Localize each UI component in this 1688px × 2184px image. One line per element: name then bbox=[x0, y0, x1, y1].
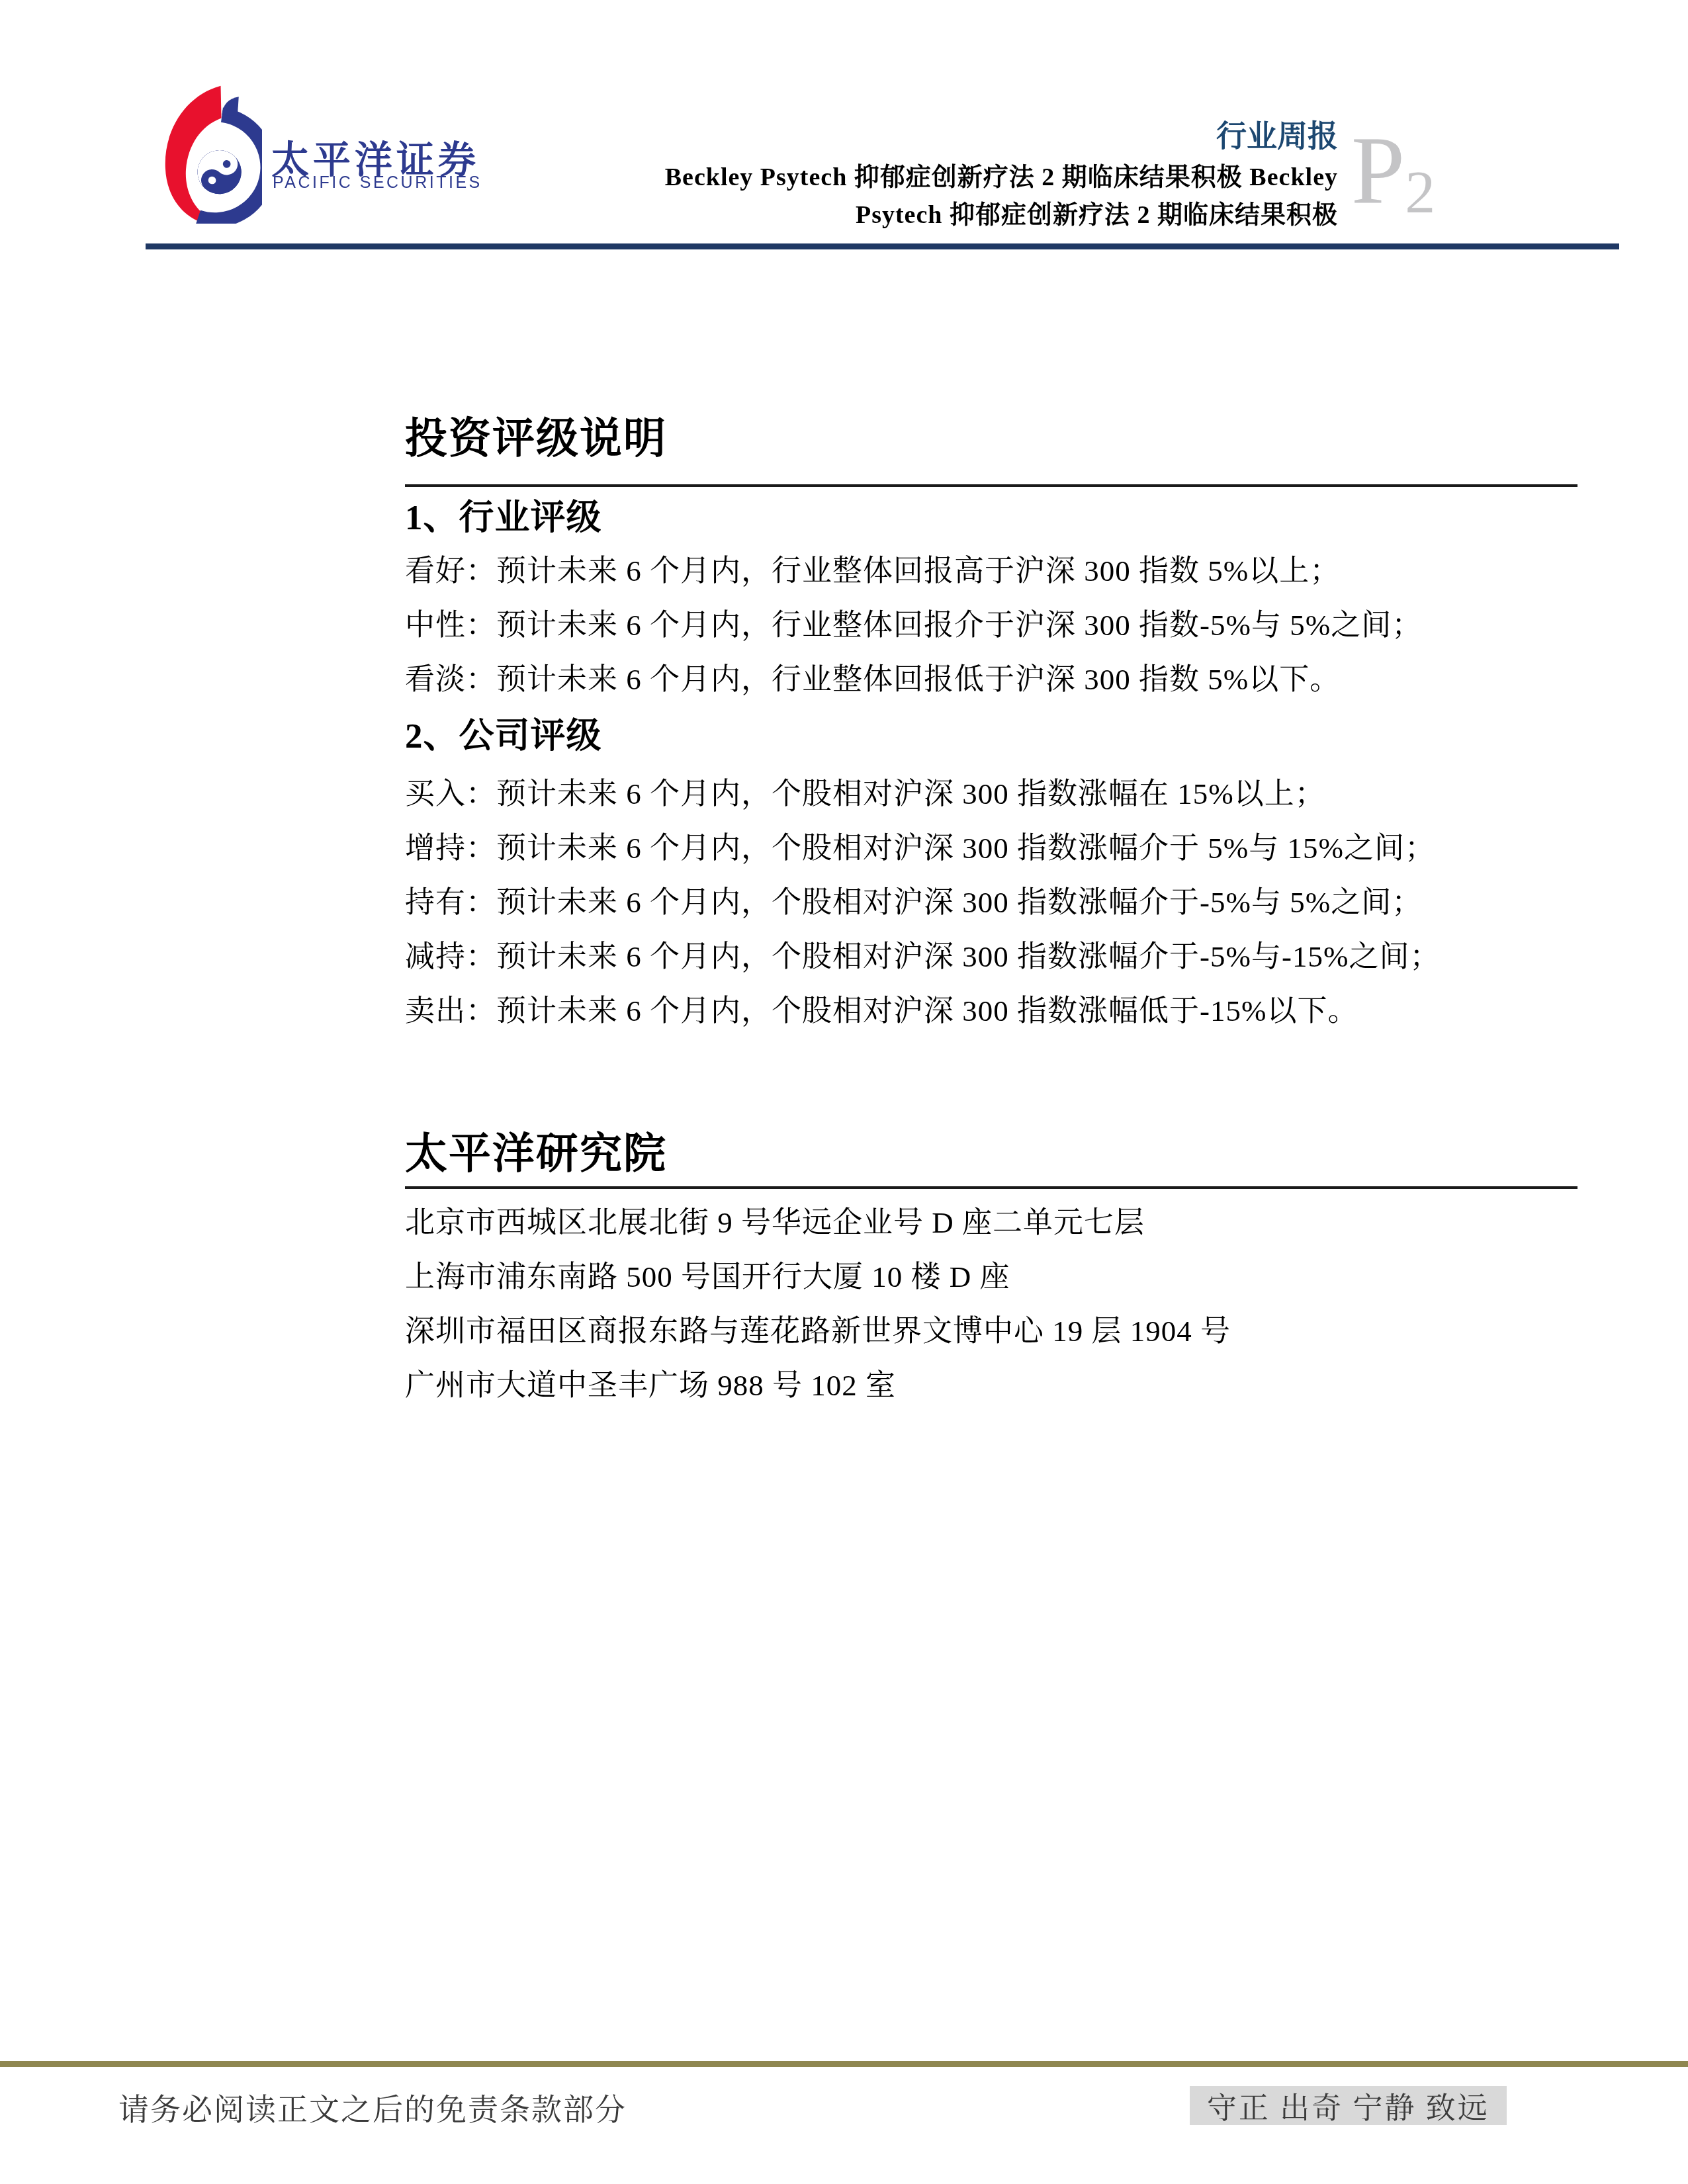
rating-heading-rule bbox=[405, 484, 1577, 487]
industry-rating-line: 看淡：预计未来 6 个月内，行业整体回报低于沪深 300 指数 5%以下。 bbox=[405, 652, 1579, 707]
footer-divider bbox=[0, 2061, 1688, 2067]
company-rating-line: 买入：预计未来 6 个月内，个股相对沪深 300 指数涨幅在 15%以上； bbox=[405, 767, 1579, 821]
footer-motto: 守正 出奇 宁静 致远 bbox=[1190, 2086, 1507, 2125]
address-line: 上海市浦东南路 500 号国开行大厦 10 楼 D 座 bbox=[405, 1250, 1579, 1304]
brand-name-en: PACIFIC SECURITIES bbox=[273, 173, 482, 193]
address-line: 广州市大道中圣丰广场 988 号 102 室 bbox=[405, 1358, 1579, 1413]
pacific-securities-logo-icon bbox=[157, 82, 262, 224]
header-title-block: 行业周报 Beckley Psytech 抑郁症创新疗法 2 期临床结果积极 B… bbox=[665, 119, 1338, 234]
institute-address-list: 北京市西城区北展北街 9 号华远企业号 D 座二单元七层 上海市浦东南路 500… bbox=[405, 1196, 1579, 1413]
address-line: 北京市西城区北展北街 9 号华远企业号 D 座二单元七层 bbox=[405, 1196, 1579, 1250]
rating-section-heading: 投资评级说明 bbox=[405, 415, 1579, 462]
header-divider bbox=[146, 243, 1619, 249]
industry-rating-heading: 1、行业评级 bbox=[405, 498, 1579, 539]
report-type-label: 行业周报 bbox=[665, 119, 1338, 153]
company-rating-list: 买入：预计未来 6 个月内，个股相对沪深 300 指数涨幅在 15%以上； 增持… bbox=[405, 767, 1579, 1038]
address-line: 深圳市福田区商报东路与莲花路新世界文博中心 19 层 1904 号 bbox=[405, 1304, 1579, 1358]
company-rating-line: 卖出：预计未来 6 个月内，个股相对沪深 300 指数涨幅低于-15%以下。 bbox=[405, 984, 1579, 1038]
report-page: 太平洋证券 PACIFIC SECURITIES 行业周报 Beckley Ps… bbox=[0, 0, 1688, 2184]
report-title-line-1: Beckley Psytech 抑郁症创新疗法 2 期临床结果积极 Beckle… bbox=[665, 159, 1338, 197]
company-rating-heading: 2、公司评级 bbox=[405, 716, 1579, 757]
page-number: P2 bbox=[1351, 131, 1435, 213]
industry-rating-line: 中性：预计未来 6 个月内，行业整体回报介于沪深 300 指数-5%与 5%之间… bbox=[405, 598, 1579, 652]
institute-heading: 太平洋研究院 bbox=[405, 1131, 1579, 1177]
industry-rating-line: 看好：预计未来 6 个月内，行业整体回报高于沪深 300 指数 5%以上； bbox=[405, 544, 1579, 598]
institute-heading-rule bbox=[405, 1186, 1577, 1189]
company-rating-line: 减持：预计未来 6 个月内，个股相对沪深 300 指数涨幅介于-5%与-15%之… bbox=[405, 930, 1579, 984]
footer-disclaimer: 请务必阅读正文之后的免责条款部分 bbox=[118, 2085, 627, 2129]
company-rating-line: 增持：预计未来 6 个月内，个股相对沪深 300 指数涨幅介于 5%与 15%之… bbox=[405, 821, 1579, 875]
report-title-line-2: Psytech 抑郁症创新疗法 2 期临床结果积极 bbox=[665, 197, 1338, 234]
company-rating-line: 持有：预计未来 6 个月内，个股相对沪深 300 指数涨幅介于-5%与 5%之间… bbox=[405, 875, 1579, 930]
main-content: 投资评级说明 1、行业评级 看好：预计未来 6 个月内，行业整体回报高于沪深 3… bbox=[405, 415, 1579, 1413]
industry-rating-list: 看好：预计未来 6 个月内，行业整体回报高于沪深 300 指数 5%以上； 中性… bbox=[405, 544, 1579, 707]
page-number-letter: P bbox=[1351, 117, 1405, 224]
page-number-digit: 2 bbox=[1405, 158, 1435, 226]
